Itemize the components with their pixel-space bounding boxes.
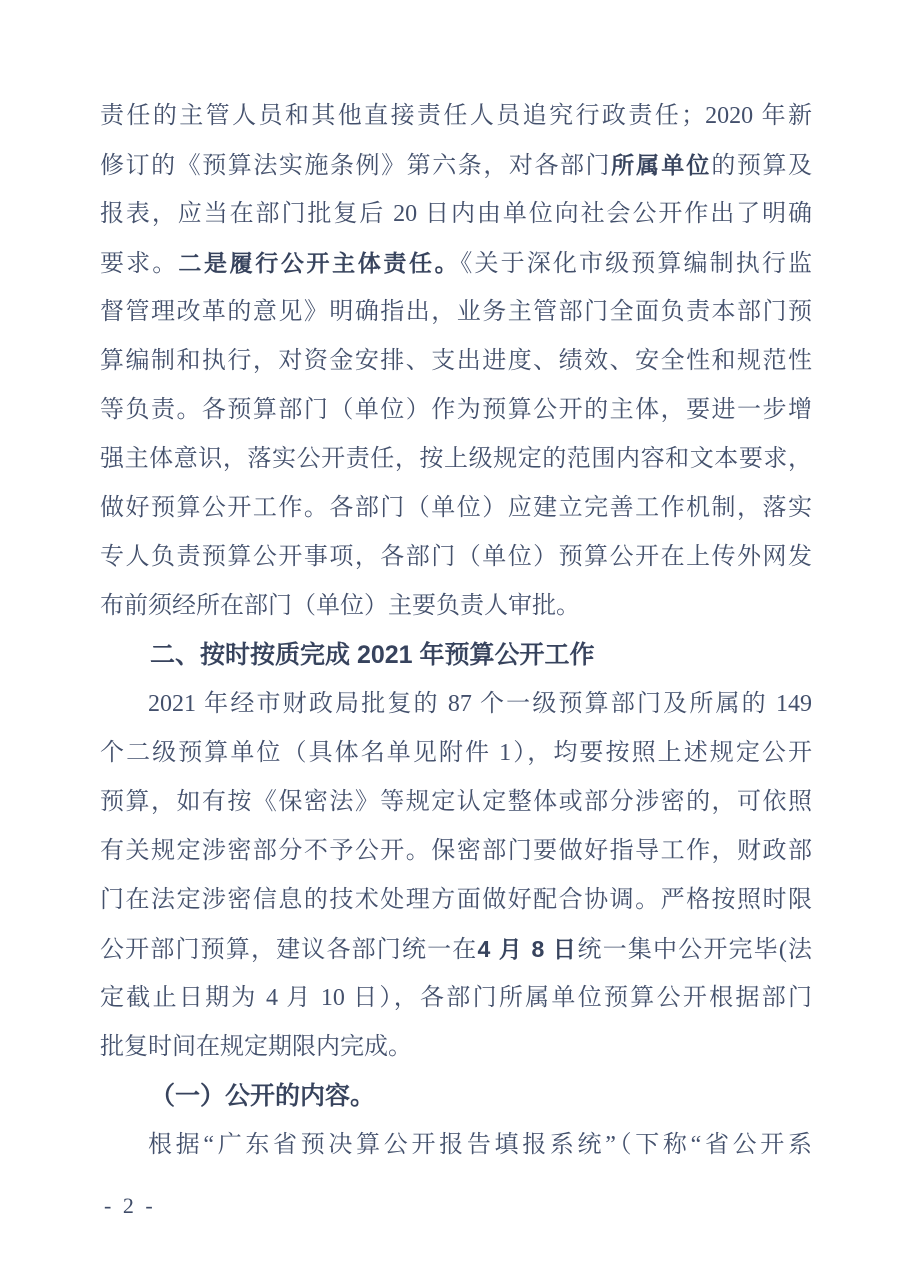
- text-segment: 督管理改革的意见》明确指出，业务主管部门全面负责本部门预: [100, 299, 812, 325]
- text-line: 要求。二是履行公开主体责任。《关于深化市级预算编制执行监: [100, 239, 812, 288]
- text-line: 二、按时按质完成 2021 年预算公开工作: [100, 631, 812, 680]
- text-segment: 批复时间在规定期限内完成。: [100, 1034, 412, 1060]
- text-line: 预算，如有按《保密法》等规定认定整体或部分涉密的，可依照: [100, 778, 812, 827]
- text-line: 督管理改革的意见》明确指出，业务主管部门全面负责本部门预: [100, 288, 812, 337]
- text-line: 个二级预算单位（具体名单见附件 1），均要按照上述规定公开: [100, 729, 812, 778]
- text-segment: 强主体意识，落实公开责任，按上级规定的范围内容和文本要求，: [100, 446, 812, 472]
- text-segment: 统一集中公开完毕(法: [578, 937, 812, 963]
- text-segment: 所属单位: [611, 152, 711, 178]
- paragraph: 责任的主管人员和其他直接责任人员追究行政责任；2020 年新修订的《预算法实施条…: [100, 92, 812, 631]
- text-line: 有关规定涉密部分不予公开。保密部门要做好指导工作，财政部: [100, 827, 812, 876]
- text-segment: 二、按时按质完成 2021 年预算公开工作: [150, 641, 595, 669]
- text-segment: 《关于深化市级预算编制执行监: [460, 251, 812, 277]
- text-segment: 等负责。各预算部门（单位）作为预算公开的主体，要进一步增: [100, 397, 812, 423]
- text-segment: 2021 年经市财政局批复的 87 个一级预算部门及所属的 149: [148, 691, 812, 717]
- text-segment: 报表，应当在部门批复后 20 日内由单位向社会公开作出了明确: [100, 201, 812, 227]
- text-line: （一）公开的内容。: [100, 1072, 812, 1121]
- text-segment: 做好预算公开工作。各部门（单位）应建立完善工作机制，落实: [100, 495, 812, 521]
- text-segment: 的预算及: [711, 153, 812, 179]
- text-line: 做好预算公开工作。各部门（单位）应建立完善工作机制，落实: [100, 484, 812, 533]
- text-line: 责任的主管人员和其他直接责任人员追究行政责任；2020 年新: [100, 92, 812, 141]
- document-page: 责任的主管人员和其他直接责任人员追究行政责任；2020 年新修订的《预算法实施条…: [0, 0, 900, 1269]
- text-segment: 4 月 8 日: [477, 936, 577, 962]
- text-segment: 公开部门预算，建议各部门统一在: [100, 937, 477, 963]
- text-line: 2021 年经市财政局批复的 87 个一级预算部门及所属的 149: [100, 680, 812, 729]
- text-segment: 布前须经所在部门（单位）主要负责人审批。: [100, 593, 580, 619]
- text-line: 批复时间在规定期限内完成。: [100, 1023, 812, 1072]
- text-segment: 责任的主管人员和其他直接责任人员追究行政责任；2020 年新: [100, 103, 812, 129]
- text-segment: （一）公开的内容。: [150, 1083, 375, 1110]
- text-line: 报表，应当在部门批复后 20 日内由单位向社会公开作出了明确: [100, 190, 812, 239]
- text-segment: 要求。: [100, 251, 178, 277]
- text-line: 强主体意识，落实公开责任，按上级规定的范围内容和文本要求，: [100, 435, 812, 484]
- heading-section: 二、按时按质完成 2021 年预算公开工作: [100, 631, 812, 680]
- text-segment: 修订的《预算法实施条例》第六条，对各部门: [100, 153, 611, 179]
- text-segment: 预算，如有按《保密法》等规定认定整体或部分涉密的，可依照: [100, 789, 812, 815]
- text-segment: 有关规定涉密部分不予公开。保密部门要做好指导工作，财政部: [100, 838, 812, 864]
- page-number: - 2 -: [104, 1193, 156, 1219]
- text-line: 公开部门预算，建议各部门统一在4 月 8 日统一集中公开完毕(法: [100, 925, 812, 974]
- text-segment: 二是履行公开主体责任。: [178, 250, 460, 276]
- text-segment: 个二级预算单位（具体名单见附件 1），均要按照上述规定公开: [100, 740, 812, 766]
- text-line: 等负责。各预算部门（单位）作为预算公开的主体，要进一步增: [100, 386, 812, 435]
- text-segment: 门在法定涉密信息的技术处理方面做好配合协调。严格按照时限: [100, 887, 812, 913]
- text-line: 布前须经所在部门（单位）主要负责人审批。: [100, 582, 812, 631]
- text-line: 根据“广东省预决算公开报告填报系统”（下称“省公开系: [100, 1121, 812, 1170]
- text-line: 专人负责预算公开事项，各部门（单位）预算公开在上传外网发: [100, 533, 812, 582]
- text-segment: 专人负责预算公开事项，各部门（单位）预算公开在上传外网发: [100, 544, 812, 570]
- paragraph: 根据“广东省预决算公开报告填报系统”（下称“省公开系: [100, 1121, 812, 1170]
- paragraph: 2021 年经市财政局批复的 87 个一级预算部门及所属的 149个二级预算单位…: [100, 680, 812, 1072]
- text-line: 算编制和执行，对资金安排、支出进度、绩效、安全性和规范性: [100, 337, 812, 386]
- text-segment: 算编制和执行，对资金安排、支出进度、绩效、安全性和规范性: [100, 348, 812, 374]
- text-line: 定截止日期为 4 月 10 日），各部门所属单位预算公开根据部门: [100, 974, 812, 1023]
- text-segment: 根据“广东省预决算公开报告填报系统”（下称“省公开系: [148, 1132, 812, 1158]
- document-body: 责任的主管人员和其他直接责任人员追究行政责任；2020 年新修订的《预算法实施条…: [100, 92, 812, 1170]
- text-line: 门在法定涉密信息的技术处理方面做好配合协调。严格按照时限: [100, 876, 812, 925]
- text-line: 修订的《预算法实施条例》第六条，对各部门所属单位的预算及: [100, 141, 812, 190]
- heading-sub: （一）公开的内容。: [100, 1072, 812, 1121]
- text-segment: 定截止日期为 4 月 10 日），各部门所属单位预算公开根据部门: [100, 985, 812, 1011]
